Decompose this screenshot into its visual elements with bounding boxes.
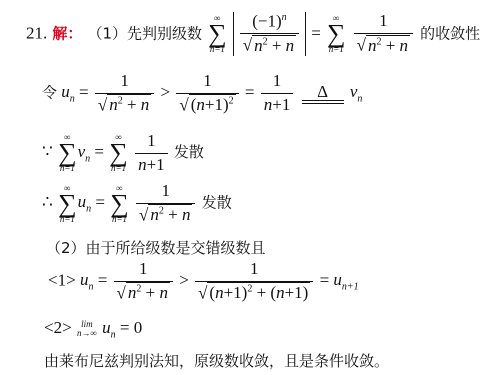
- diverge-label: 发散: [174, 143, 204, 161]
- therefore-symbol: ∴: [42, 192, 53, 211]
- cond1-label: <1>: [48, 270, 76, 289]
- diverge-label: 发散: [202, 193, 232, 211]
- fraction: 1√n2 + n: [354, 12, 413, 55]
- let-label: 令: [42, 83, 57, 101]
- cond2-label: <2>: [44, 318, 72, 337]
- because-symbol: ∵: [42, 142, 53, 161]
- solution-label: 解：: [52, 24, 82, 42]
- part1-intro: （1）先判别级数: [87, 24, 202, 42]
- sum-symbol: ∞∑n=1: [208, 14, 227, 54]
- sum-symbol: ∞∑n=1: [327, 14, 346, 54]
- abs-value: (−1)n√n2 + n: [233, 12, 306, 56]
- line-let: 令 un = 1√n2 + n > 1√(n+1)2 = 1n+1 Δ vn: [42, 72, 362, 115]
- line-part1: 21. 解： （1）先判别级数 ∞∑n=1 (−1)n√n2 + n = ∞∑n…: [26, 12, 480, 56]
- conclusion: 由莱布尼兹判别法知，原级数收敛，且是条件收敛。: [44, 350, 389, 371]
- line-cond2: <2> limn→∞ un = 0: [44, 318, 142, 340]
- part1-tail: 的收敛性: [420, 24, 480, 42]
- line-cond1: <1> un = 1√n2 + n > 1√(n+1)2 + (n+1) = u…: [48, 260, 359, 303]
- part2-intro: （2）由于所给级数是交错级数且: [46, 237, 266, 258]
- line-therefore: ∴ ∞∑n=1un = ∞∑n=1 1√n2 + n 发散: [42, 182, 232, 225]
- defined-as: Δ: [302, 83, 344, 104]
- problem-number: 21.: [26, 23, 47, 42]
- line-because: ∵ ∞∑n=1vn = ∞∑n=1 1n+1 发散: [42, 132, 204, 174]
